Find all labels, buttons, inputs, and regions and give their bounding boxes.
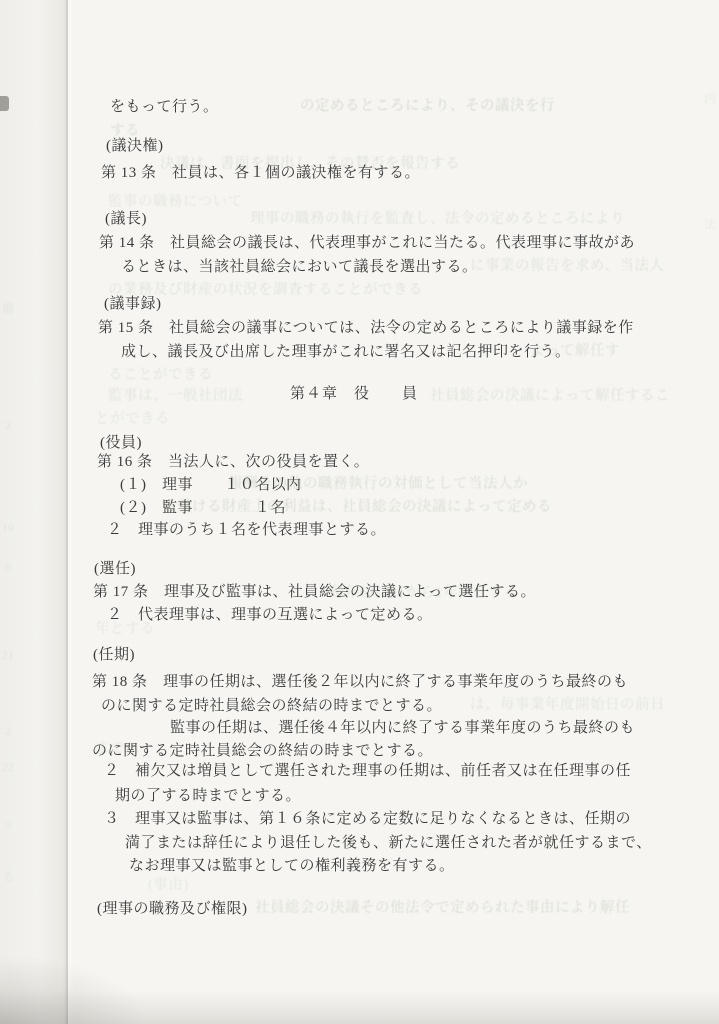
bleedthrough-text: に事業の報告を求め、当法人 [470, 259, 664, 274]
margin-bleedthrough-mark: 10 [2, 520, 14, 535]
margin-bleedthrough-mark: 償 [2, 300, 14, 317]
bleedthrough-text: ることができる [108, 368, 213, 383]
document-line: (任期) [93, 648, 135, 663]
margin-bleedthrough-mark: 内 [704, 90, 716, 107]
scan-edge-smudge [0, 96, 9, 111]
document-line: ２ 代表理事は、理事の互選によって定める。 [107, 608, 433, 623]
document-line: 第 16 条 当法人に、次の役員を置く。 [97, 455, 369, 470]
document-line: 第 18 条 理事の任期は、選任後２年以内に終了する事業年度のうち最終のも [92, 675, 628, 690]
margin-bleedthrough-mark: 5 [5, 818, 11, 833]
document-line: (理事の職務及び権限) [97, 902, 248, 917]
margin-bleedthrough-mark: 2 [5, 418, 11, 433]
document-line: なお理事又は監事としての権利義務を有する。 [129, 859, 455, 874]
document-line: ２ 理事のうち１名を代表理事とする。 [107, 523, 386, 538]
document-line: (選任) [94, 562, 136, 577]
document-line: 第 17 条 理事及び監事は、社員総会の決議によって選任する。 [93, 585, 536, 600]
bleedthrough-text: 社員総会の決議によって解任するこ [430, 389, 670, 404]
document-line: (２) 監事 １名 [120, 501, 286, 516]
bleedthrough-text: する [110, 124, 140, 139]
document-line: (１) 理事 １０名以内 [120, 478, 302, 493]
document-line: (議決権) [106, 139, 164, 154]
bleedthrough-text: 監事は、一般社団法 [108, 389, 243, 404]
chapter-heading: 第４章 役 員 [290, 387, 418, 402]
page-edge-highlight [68, 0, 74, 1024]
document-line: 満了または辞任により退任した後も、新たに選任された者が就任するまで、 [125, 836, 652, 851]
bleedthrough-text: の定めるところにより、その議決を行 [300, 99, 555, 114]
document-line: のに関する定時社員総会の終結の時までとする。 [92, 744, 433, 759]
document-line: 期の了する時までとする。 [115, 789, 301, 804]
document-line: ２ 補欠又は増員として選任された理事の任期は、前任者又は在任理事の任 [104, 764, 631, 779]
margin-bleedthrough-mark: る [2, 868, 14, 885]
bleedthrough-text: 監事の職務について [108, 195, 243, 210]
scanned-document-page: の定めるところにより、その議決を行する決議は、書面を提出し、その賛否を報告する監… [0, 0, 719, 1024]
bleedthrough-text: (事由) [148, 878, 189, 893]
bleedthrough-text: は、毎事業年度開始日の前日 [470, 698, 665, 713]
margin-bleedthrough-mark: 2 [5, 724, 11, 739]
bleedthrough-text: 年とする [95, 622, 155, 637]
document-line: (役員) [100, 436, 142, 451]
document-line: (議事録) [104, 297, 162, 312]
document-line: 監事の任期は、選任後４年以内に終了する事業年度のうち最終のも [170, 721, 635, 736]
margin-bleedthrough-mark: 21 [2, 648, 14, 663]
document-line: るときは、当該社員総会において議長を選出する。 [121, 260, 478, 275]
document-line: 第 15 条 社員総会の議事については、法令の定めるところにより議事録を作 [98, 321, 634, 336]
bottom-shadow [0, 990, 719, 1024]
margin-bleedthrough-mark: 6 [5, 560, 11, 575]
document-line: 第 14 条 社員総会の議長は、代表理事がこれに当たる。代表理事に事故があ [99, 236, 635, 251]
document-line: (議長) [105, 212, 147, 227]
document-line: ３ 理事又は監事は、第１６条に定める定数に足りなくなるときは、任期の [104, 812, 631, 827]
document-line: のに関する定時社員総会の終結の時までとする。 [101, 699, 442, 714]
margin-bleedthrough-mark: 法 [704, 215, 716, 232]
bleedthrough-text: 社員総会の決議その他法令で定められた事由により解任 [255, 901, 630, 916]
document-line: をもって行う。 [110, 100, 219, 115]
bleedthrough-text: 理事の職務の執行を監査し、法令の定めるところにより [250, 212, 625, 227]
bleedthrough-text: とができる [95, 412, 170, 427]
document-line: 成し、議長及び出席した理事がこれに署名又は記名押印を行う。 [121, 345, 571, 360]
document-line: 第 13 条 社員は、各１個の議決権を有する。 [101, 166, 420, 181]
margin-bleedthrough-mark: 22 [2, 760, 14, 775]
